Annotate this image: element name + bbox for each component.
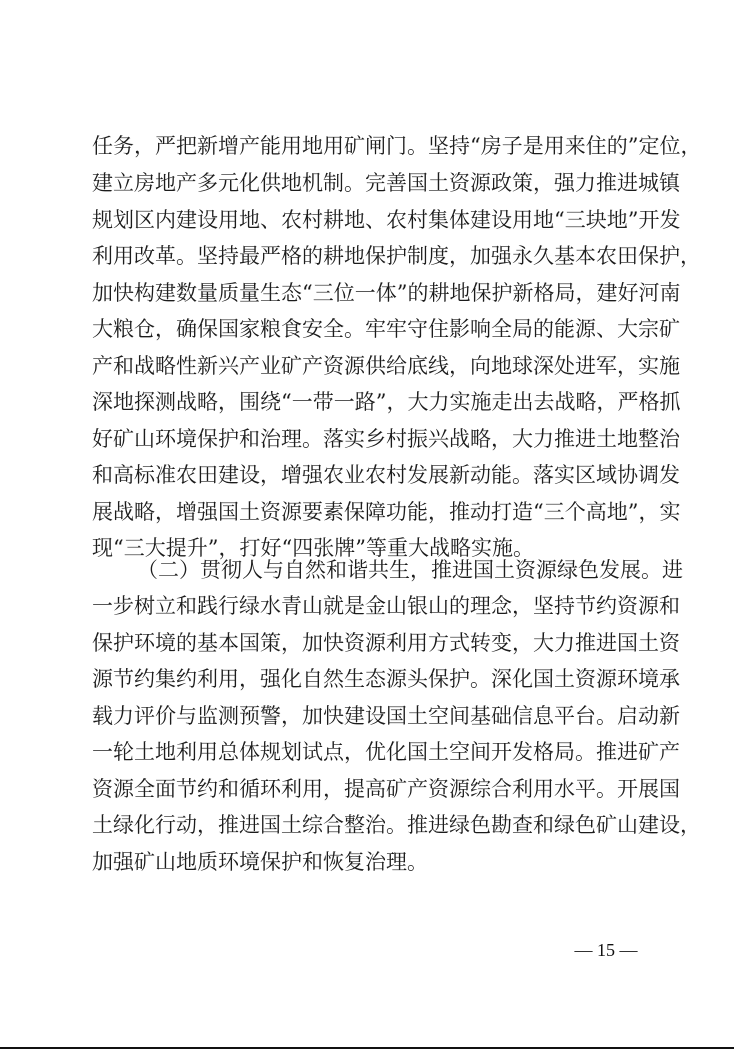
body-text-line: 任务，严把新增产能用地用矿闸门。坚持“房子是用来住的”定位， [92,131,648,161]
body-text-line: 源节约集约利用，强化自然生态源头保护。深化国土资源环境承 [92,664,648,694]
body-text-line: 建立房地产多元化供地机制。完善国土资源政策，强力推进城镇 [92,168,648,198]
page-number: — 15 — [568,938,644,962]
body-text-line: 深地探测战略，围绕“一带一路”，大力实施走出去战略，严格抓 [92,387,648,417]
body-text-line: 土绿化行动，推进国土综合整治。推进绿色勘查和绿色矿山建设， [92,810,648,840]
body-text-line: 加强矿山地质环境保护和恢复治理。 [92,847,648,877]
page-bottom-rule [0,1047,734,1049]
body-text-line: 产和战略性新兴产业矿产资源供给底线，向地球深处进军，实施 [92,351,648,381]
body-text-line: 规划区内建设用地、农村耕地、农村集体建设用地“三块地”开发 [92,205,648,235]
body-text-line: 一步树立和践行绿水青山就是金山银山的理念，坚持节约资源和 [92,591,648,621]
body-text-line: 加快构建数量质量生态“三位一体”的耕地保护新格局，建好河南 [92,278,648,308]
body-text-line: 和高标准农田建设，增强农业农村发展新动能。落实区域协调发 [92,460,648,490]
body-text-line: 利用改革。坚持最严格的耕地保护制度，加强永久基本农田保护， [92,241,648,271]
body-text-line: 好矿山环境保护和治理。落实乡村振兴战略，大力推进土地整治 [92,424,648,454]
body-text-line: 一轮土地利用总体规划试点，优化国土空间开发格局。推进矿产 [92,737,648,767]
body-text-line: 展战略，增强国土资源要素保障功能，推动打造“三个高地”，实 [92,497,648,527]
body-text-line: 资源全面节约和循环利用，提高矿产资源综合利用水平。开展国 [92,774,648,804]
body-text-line: 大粮仓，确保国家粮食安全。牢牢守住影响全局的能源、大宗矿 [92,314,648,344]
body-text-line: 载力评价与监测预警，加快建设国土空间基础信息平台。启动新 [92,701,648,731]
document-page: 任务，严把新增产能用地用矿闸门。坚持“房子是用来住的”定位， 建立房地产多元化供… [0,0,734,1050]
section-heading-line: （二）贯彻人与自然和谐共生，推进国土资源绿色发展。进 [137,555,648,585]
body-text-line: 保护环境的基本国策，加快资源利用方式转变，大力推进国土资 [92,628,648,658]
